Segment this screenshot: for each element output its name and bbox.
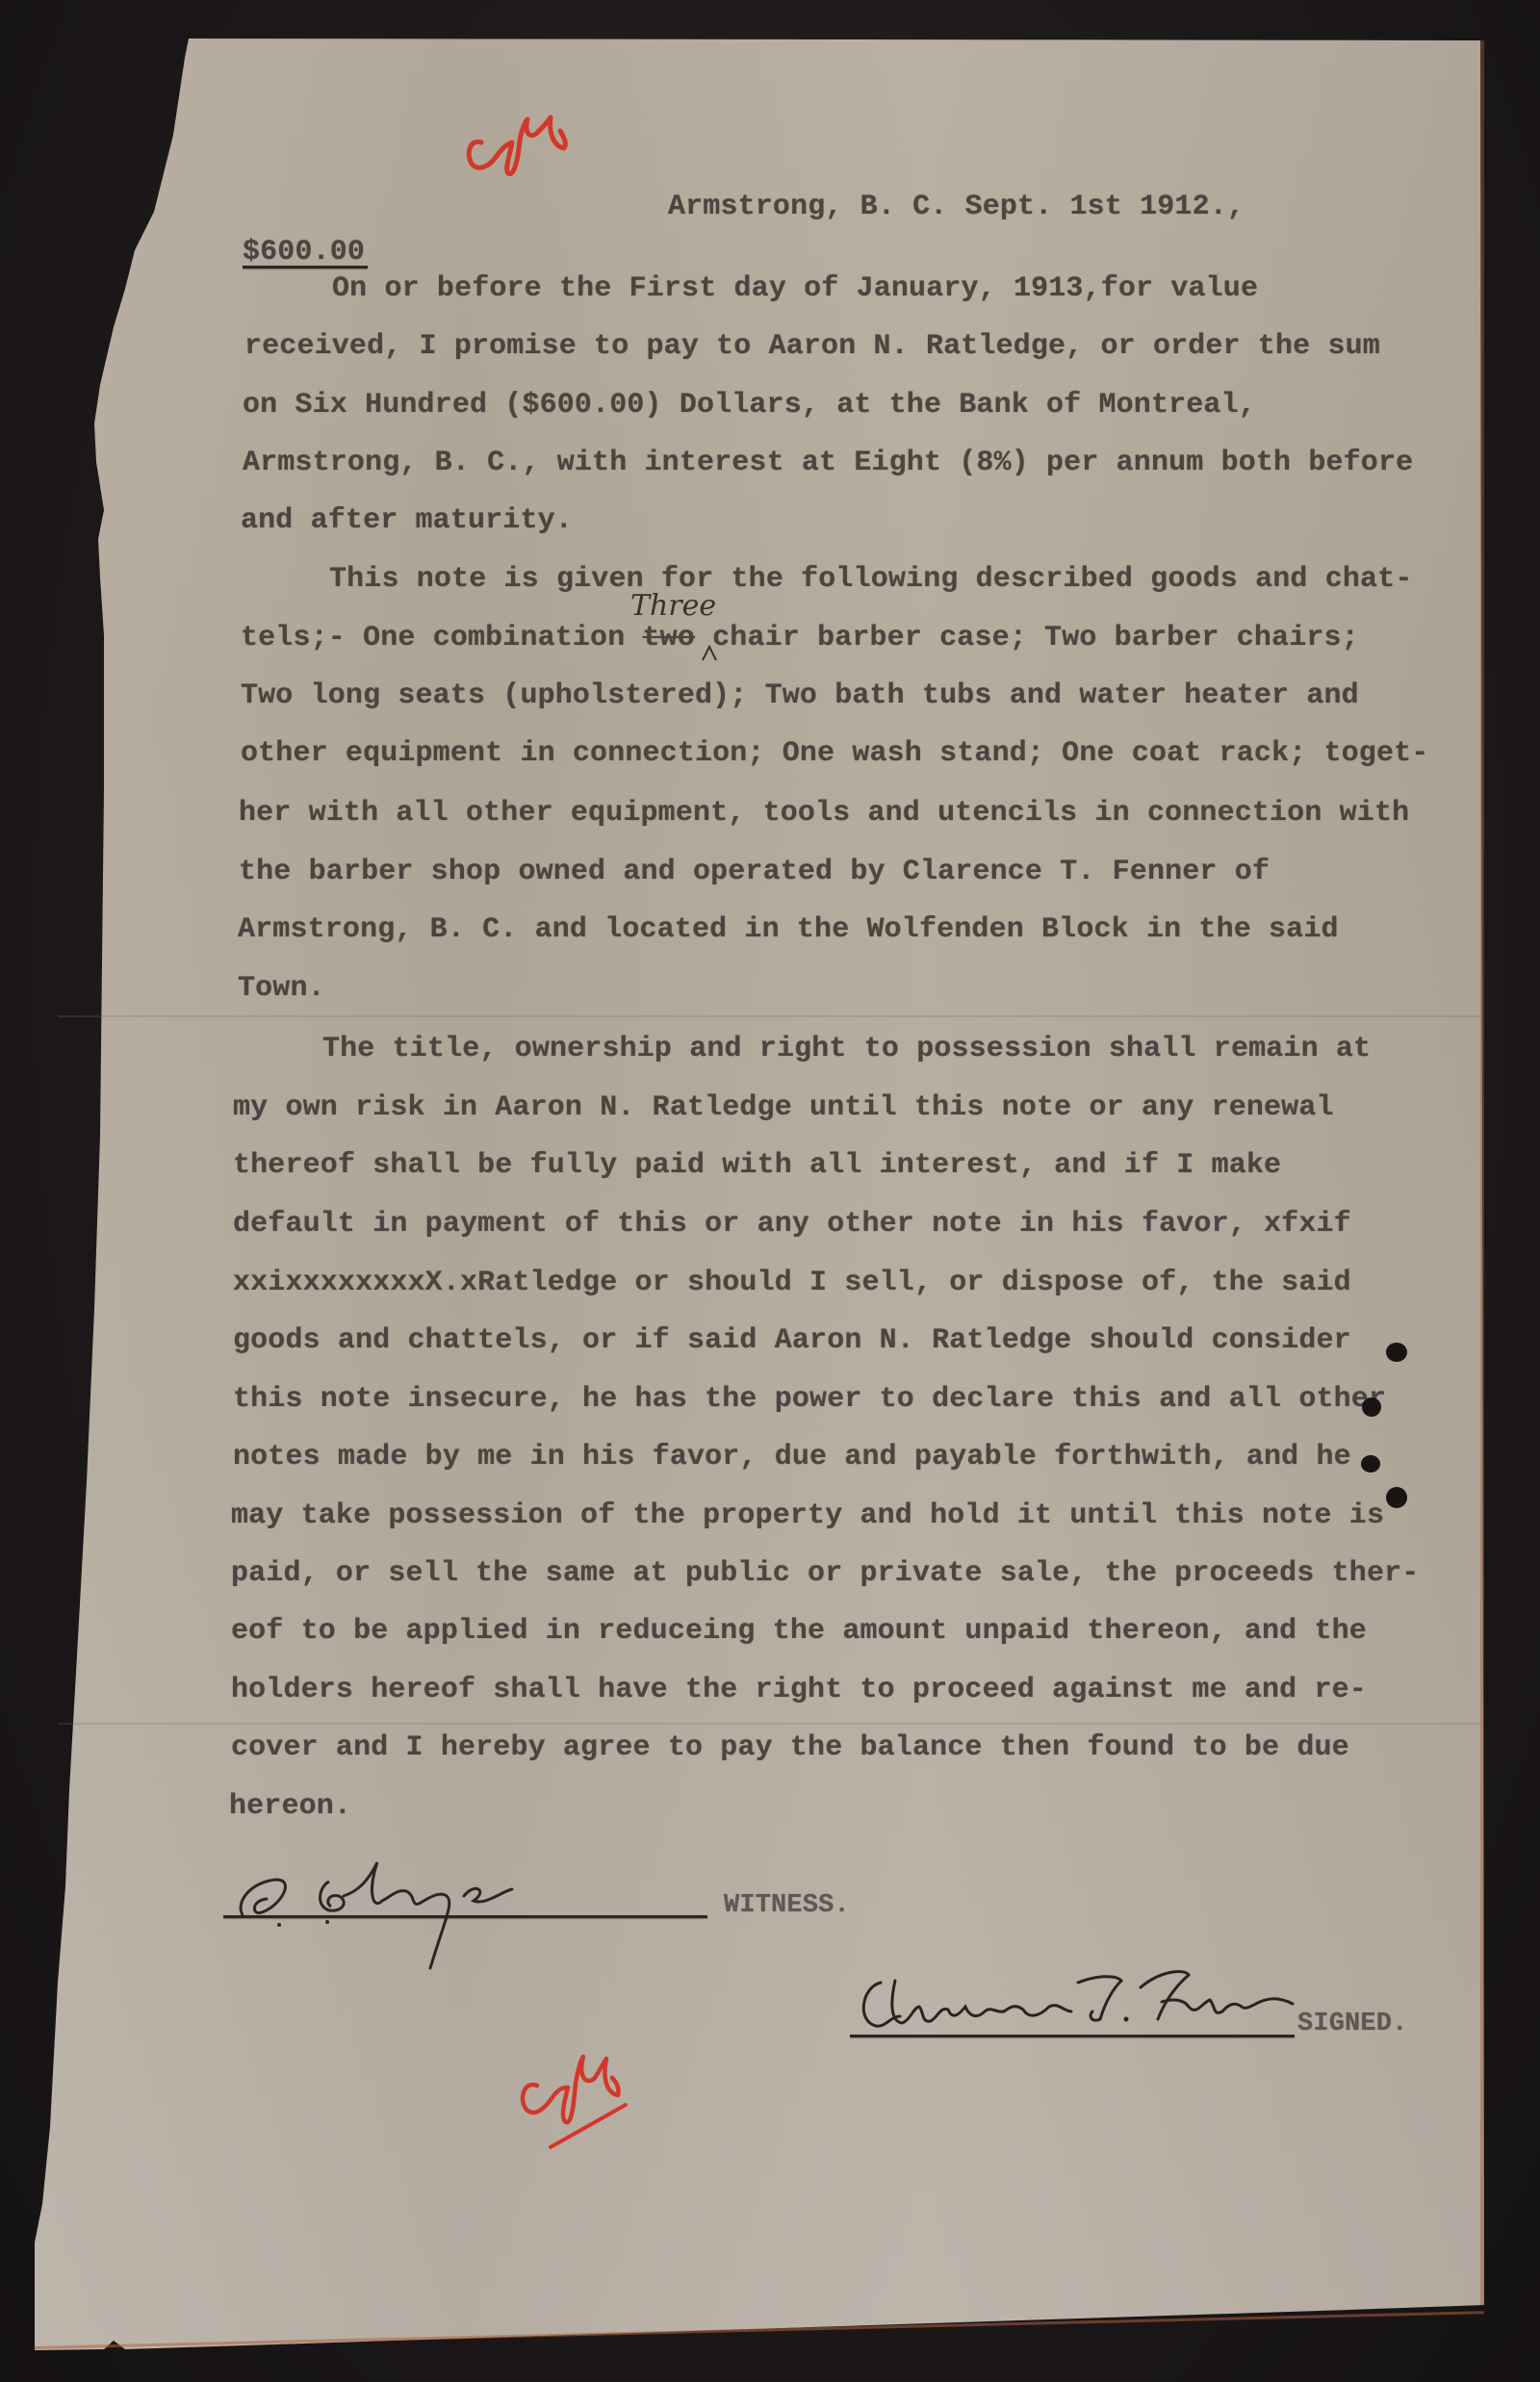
paragraph3-line: cover and I hereby agree to pay the bala… (231, 1733, 1349, 1762)
paragraph3-line: holders hereof shall have the right to p… (231, 1676, 1367, 1704)
signer-signature (852, 1963, 1314, 2040)
witness-line (223, 1915, 707, 1918)
paragraph2-line-edited: tels;- One combination two chair barber … (241, 624, 1359, 653)
paragraph3-line: goods and chattels, or if said Aaron N. … (233, 1326, 1351, 1355)
ink-blot (1362, 1397, 1381, 1417)
paragraph1-line: On or before the First day of January, 1… (332, 274, 1258, 303)
paper-edge-right (1480, 40, 1484, 2305)
fold-crease (58, 1723, 1482, 1725)
paragraph2-line: Two long seats (upholstered); Two bath t… (241, 681, 1359, 710)
date-line: Armstrong, B. C. Sept. 1st 1912., (668, 192, 1245, 221)
handwritten-insertion: Three (630, 589, 716, 623)
paragraph3-line: hereon. (229, 1792, 351, 1821)
signer-line (850, 2035, 1295, 2037)
paragraph3-line: eof to be applied in reduceing the amoun… (231, 1617, 1367, 1646)
ink-blot (1386, 1343, 1407, 1362)
paragraph2-line: other equipment in connection; One wash … (241, 739, 1428, 768)
red-initials-top (460, 96, 585, 183)
signer-label: SIGNED. (1297, 2010, 1407, 2038)
paragraph2-line: the barber shop owned and operated by Cl… (239, 858, 1270, 886)
paragraph1-line: on Six Hundred ($600.00) Dollars, at the… (243, 391, 1256, 420)
red-initials-bottom (510, 2045, 645, 2161)
paragraph2-line: Town. (238, 974, 325, 1003)
paragraph3-line: my own risk in Aaron N. Ratledge until t… (233, 1093, 1334, 1122)
paragraph3-line: default in payment of this or any other … (233, 1210, 1351, 1239)
paragraph3-line: paid, or sell the same at public or priv… (231, 1559, 1419, 1588)
paragraph2-line: her with all other equipment, tools and … (239, 799, 1409, 828)
paragraph2-line: This note is given for the following des… (329, 565, 1412, 594)
amount-heading: $600.00 (243, 238, 365, 267)
amount-underline (243, 266, 368, 269)
witness-label: WITNESS. (724, 1891, 850, 1920)
paragraph3-line: notes made by me in his favor, due and p… (233, 1443, 1351, 1472)
paragraph3-line-overtyped: xxixxxxxxxxX.xRatledge or should I sell,… (233, 1268, 1351, 1297)
fold-crease (58, 1015, 1482, 1017)
paragraph1-line: Armstrong, B. C., with interest at Eight… (243, 448, 1413, 477)
paragraph2-line: Armstrong, B. C. and located in the Wolf… (238, 915, 1339, 944)
paragraph3-line: The title, ownership and right to posses… (322, 1035, 1371, 1063)
paragraph1-line: and after maturity. (241, 506, 573, 535)
ink-blot (1361, 1455, 1380, 1473)
insertion-caret (700, 643, 719, 662)
paragraph3-line: this note insecure, he has the power to … (233, 1385, 1386, 1414)
struck-word: two (643, 622, 695, 654)
ink-blot (1386, 1487, 1407, 1508)
paragraph3-line: may take possession of the property and … (231, 1501, 1384, 1530)
paragraph1-line: received, I promise to pay to Aaron N. R… (244, 332, 1380, 361)
paragraph3-line: thereof shall be fully paid with all int… (233, 1151, 1281, 1180)
text-segment: tels;- One combination (241, 622, 643, 654)
text-segment: chair barber case; Two barber chairs; (695, 622, 1359, 654)
